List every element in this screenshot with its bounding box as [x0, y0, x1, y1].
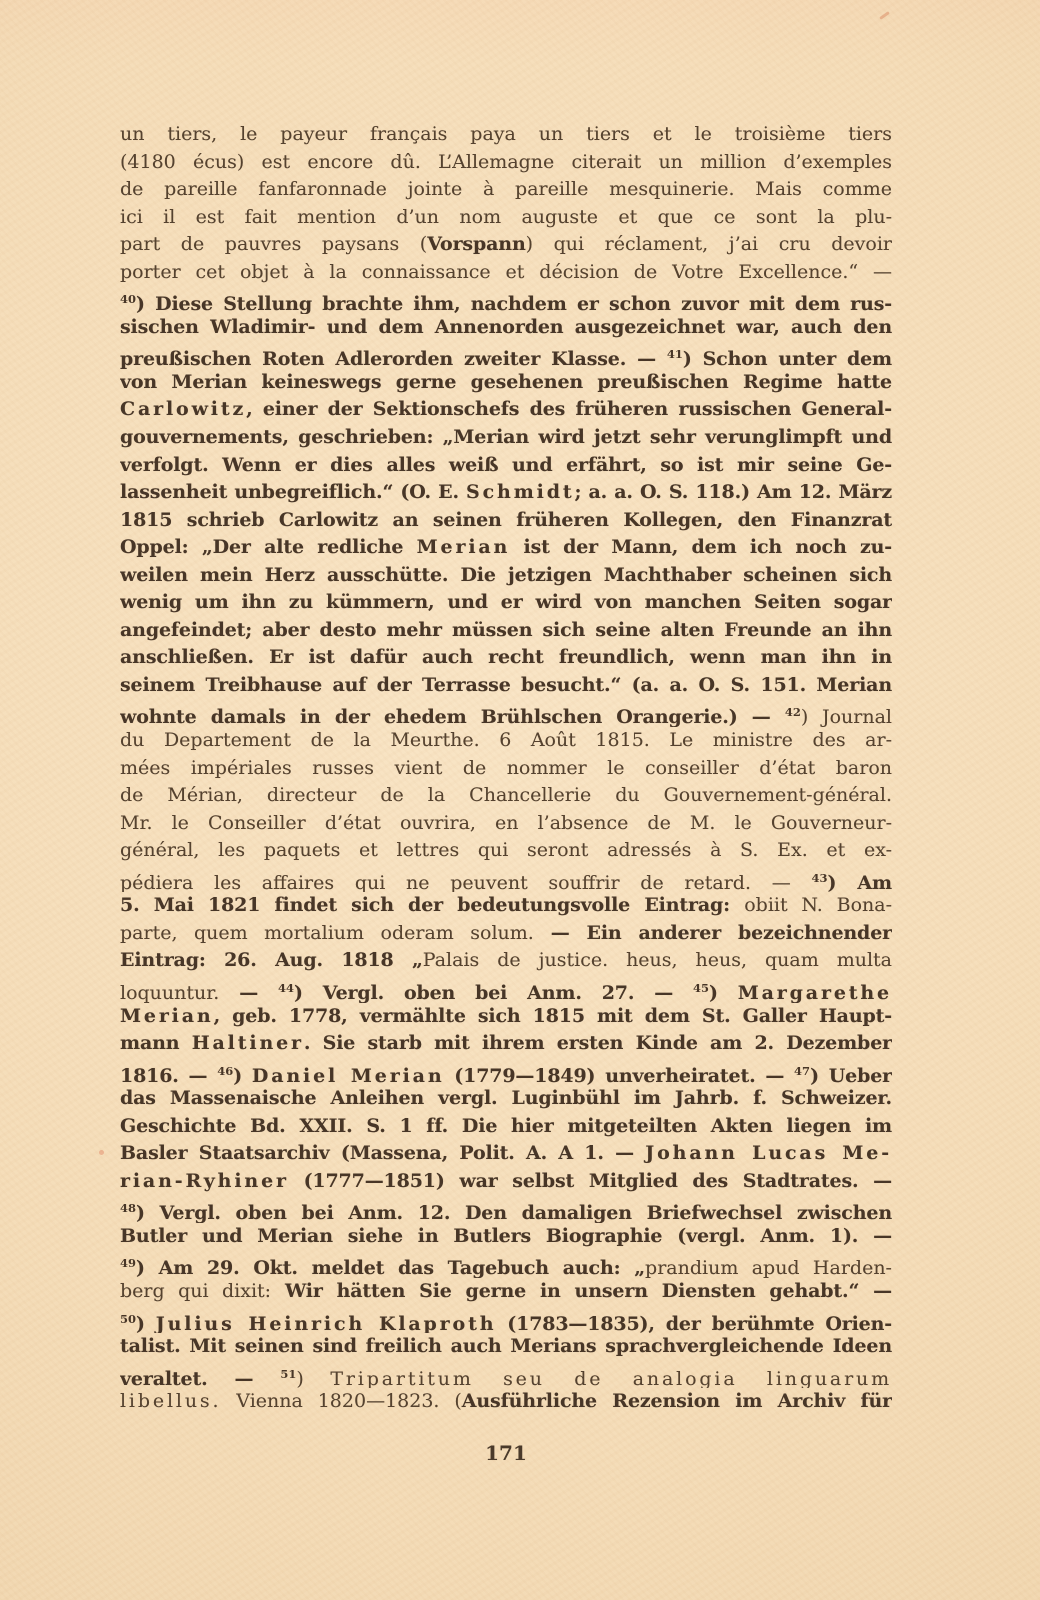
footnote-ref: 44 [278, 981, 294, 995]
text-line-16: Oppel: „Der alte redliche Merian ist der… [120, 534, 892, 562]
text-segment: Vienna 1820—1823. ( [221, 1390, 461, 1412]
text-segment: Ausführliche Rezension im Archiv für [462, 1390, 892, 1412]
text-segment: Oppel: „Der alte redliche [120, 536, 417, 558]
text-segment: part de pauvres paysans ( [120, 233, 427, 255]
text-line-14: lassenheit unbegreiflich.“ (O. E. Schmid… [120, 479, 892, 507]
footnote-ref: 51 [280, 1367, 296, 1381]
text-segment: Daniel Merian [252, 1065, 445, 1086]
text-segment: Carlowitz [120, 398, 246, 420]
text-line-11: Carlowitz, einer der Sektionschefs des f… [120, 396, 892, 424]
text-segment: loquuntur. [120, 982, 219, 1003]
text-segment: ) Journal [801, 706, 892, 727]
text-segment: un tiers, le payeur français paya un tie… [120, 123, 892, 145]
text-segment: ) Diese Stellung brachte ihm, nachdem er… [136, 293, 892, 314]
text-segment: Tripartitum seu de analogia linguarum [330, 1368, 892, 1389]
text-segment: ) Am 29. Okt. meldet das Tagebuch auch: … [136, 1257, 645, 1278]
paper-fiber [879, 11, 890, 20]
text-line-47: libellus. Vienna 1820—1823. (Ausführlich… [120, 1388, 892, 1416]
text-line-12: gouvernements, geschrieben: „Merian wird… [120, 424, 892, 452]
text-segment: Wir hätten Sie gerne in unsern Diensten … [271, 1280, 892, 1302]
text-line-3: de pareille fanfaronnade jointe à pareil… [120, 176, 892, 204]
text-segment: mann [120, 1032, 192, 1054]
text-line-5: part de pauvres paysans (Vorspann) qui r… [120, 231, 892, 259]
text-line-37: Geschichte Bd. XXII. S. 1 ff. Die hier m… [120, 1113, 892, 1141]
text-segment: — [219, 982, 278, 1003]
text-segment: Mr. le Conseiller d’état ouvrira, en l’a… [120, 812, 892, 834]
text-line-4: ici il est fait mention d’un nom auguste… [120, 204, 892, 232]
text-line-8: sischen Wladimir- und dem Annenorden aus… [120, 314, 892, 342]
text-line-35: 1816. — 46) Daniel Merian (1779—1849) un… [120, 1058, 892, 1086]
text-line-15: 1815 schrieb Carlowitz an seinen frühere… [120, 507, 892, 535]
text-segment: angefeindet; aber desto mehr müssen sich… [120, 619, 892, 641]
text-segment: seinem Treibhause auf der Terrasse besuc… [120, 674, 892, 696]
text-segment: , geb. 1778, vermählte sich 1815 mit dem… [214, 1005, 892, 1027]
text-segment: Butler und Merian siehe in Butlers Biogr… [120, 1225, 892, 1247]
text-segment: (1779—1849) unverheiratet. — [445, 1065, 795, 1086]
text-line-33: Merian, geb. 1778, vermählte sich 1815 m… [120, 1003, 892, 1031]
text-segment: ) Am [827, 872, 892, 893]
text-segment: talist. Mit seinen sind freilich auch Me… [120, 1335, 892, 1361]
text-segment: de Mérian, directeur de la Chancellerie … [120, 784, 892, 806]
text-line-25: de Mérian, directeur de la Chancellerie … [120, 782, 892, 810]
text-line-1: un tiers, le payeur français paya un tie… [120, 121, 892, 149]
text-segment: obiit N. Bona- [744, 894, 892, 916]
text-segment: sischen Wladimir- und dem Annenorden aus… [120, 316, 892, 338]
text-segment: Merian [120, 1005, 214, 1027]
text-segment: Haltiner [192, 1032, 304, 1054]
text-segment: ) Ueber [810, 1065, 892, 1086]
text-line-36: das Massenaische Anleihen vergl. Luginbü… [120, 1085, 892, 1113]
text-line-13: verfolgt. Wenn er dies alles weiß und er… [120, 452, 892, 480]
scanned-book-page: { "page": { "number": "171" }, "colors":… [0, 0, 1040, 1600]
text-segment: ist der Mann, dem ich noch zu- [510, 536, 892, 558]
footnote-ref: 47 [794, 1064, 810, 1078]
page-number: 171 [120, 1441, 892, 1465]
text-line-2: (4180 écus) est encore dû. L’Allemagne c… [120, 149, 892, 177]
footnote-ref: 50 [120, 1312, 136, 1326]
text-segment: . Sie starb mit ihrem ersten Kinde am 2.… [304, 1032, 892, 1054]
text-segment: de pareille fanfaronnade jointe à pareil… [120, 178, 892, 200]
text-segment: libellus. [120, 1390, 221, 1412]
text-line-32: loquuntur. — 44) Vergl. oben bei Anm. 27… [120, 975, 892, 1003]
text-segment: weilen mein Herz ausschütte. Die jetzige… [120, 564, 892, 586]
text-segment: (1777—1851) war selbst Mitglied des Stad… [289, 1170, 892, 1192]
text-segment: berg qui dixit: [120, 1280, 271, 1302]
text-segment: von Merian keineswegs gerne gesehenen pr… [120, 371, 892, 393]
text-segment: ) qui réclament, j’ai cru devoir [526, 233, 892, 255]
text-line-30: parte, quem mortalium oderam solum. — Ei… [120, 920, 892, 948]
text-segment: veraltet. — [120, 1368, 280, 1389]
footnote-ref: 46 [217, 1064, 233, 1078]
text-line-40: 48) Vergl. oben bei Anm. 12. Den damalig… [120, 1195, 892, 1223]
text-segment: preußischen Roten Adlerorden zweiter Kla… [120, 348, 667, 369]
text-segment: général, les paquets et lettres qui sero… [120, 839, 892, 861]
text-line-19: angefeindet; aber desto mehr müssen sich… [120, 617, 892, 645]
text-segment: gouvernements, geschrieben: „Merian wird… [120, 426, 892, 448]
text-segment: 1815 schrieb Carlowitz an seinen frühere… [120, 509, 892, 531]
text-line-6: porter cet objet à la connaissance et dé… [120, 259, 892, 287]
text-segment: 5. Mai 1821 findet sich der bedeutungsvo… [120, 894, 744, 916]
text-line-43: berg qui dixit: Wir hätten Sie gerne in … [120, 1278, 892, 1306]
footnote-ref: 41 [667, 347, 683, 361]
text-segment: Eintrag: 26. Aug. 1818 „ [120, 949, 423, 971]
text-segment: Merian [417, 536, 511, 558]
text-line-38: Basler Staatsarchiv (Massena, Polit. A. … [120, 1140, 892, 1168]
footnote-ref: 45 [693, 981, 709, 995]
text-segment: wohnte damals in der ehedem Brühlschen O… [120, 706, 785, 727]
text-line-44: 50) Julius Heinrich Klaproth (1783—1835)… [120, 1306, 892, 1334]
text-line-39: rian-Ryhiner (1777—1851) war selbst Mitg… [120, 1168, 892, 1196]
text-line-31: Eintrag: 26. Aug. 1818 „Palais de justic… [120, 947, 892, 975]
text-line-23: du Departement de la Meurthe. 6 Août 181… [120, 727, 892, 755]
text-segment: — Ein anderer bezeichnender [534, 922, 892, 944]
text-segment: Margarethe [738, 982, 892, 1003]
text-line-34: mann Haltiner. Sie starb mit ihrem erste… [120, 1030, 892, 1058]
footnote-ref: 48 [120, 1201, 136, 1215]
text-segment: (4180 écus) est encore dû. L’Allemagne c… [120, 151, 892, 173]
text-segment: ) [136, 1313, 156, 1334]
text-line-24: mées impériales russes vient de nommer l… [120, 755, 892, 783]
text-segment: ) [709, 982, 738, 1003]
footnote-ref: 40 [120, 292, 136, 306]
text-line-41: Butler und Merian siehe in Butlers Biogr… [120, 1223, 892, 1251]
text-line-45: talist. Mit seinen sind freilich auch Me… [120, 1333, 892, 1361]
text-segment: ) [296, 1368, 330, 1389]
text-segment: (1783—1835), der berühmte Orien- [496, 1313, 892, 1334]
text-segment: 1816. — [120, 1065, 217, 1086]
text-line-21: seinem Treibhause auf der Terrasse besuc… [120, 672, 892, 700]
text-segment: Julius Heinrich Klaproth [156, 1313, 497, 1334]
text-segment: lassenheit unbegreiflich.“ (O. E. [120, 481, 466, 503]
text-segment: du Departement de la Meurthe. 6 Août 181… [120, 729, 892, 751]
text-segment: verfolgt. Wenn er dies alles weiß und er… [120, 454, 892, 476]
footnote-ref: 49 [120, 1256, 136, 1270]
text-segment: ) [233, 1065, 252, 1086]
text-segment: Palais de justice. heus, heus, quam mult… [423, 949, 892, 971]
text-segment: Vorspann [427, 233, 525, 255]
text-segment: porter cet objet à la connaissance et dé… [120, 261, 892, 283]
text-segment: , einer der Sektionschefs des früheren r… [246, 398, 892, 420]
text-line-9: preußischen Roten Adlerorden zweiter Kla… [120, 341, 892, 369]
text-line-28: pédiera les affaires qui ne peuvent souf… [120, 865, 892, 893]
text-line-22: wohnte damals in der ehedem Brühlschen O… [120, 699, 892, 727]
footnote-ref: 43 [811, 871, 827, 885]
text-segment: Basler Staatsarchiv (Massena, Polit. A. … [120, 1142, 645, 1164]
text-line-7: 40) Diese Stellung brachte ihm, nachdem … [120, 286, 892, 314]
text-line-27: général, les paquets et lettres qui sero… [120, 837, 892, 865]
text-segment: ) Vergl. oben bei Anm. 27. — [294, 982, 693, 1003]
text-segment: rian-Ryhiner [120, 1170, 289, 1192]
text-line-46: veraltet. — 51) Tripartitum seu de analo… [120, 1361, 892, 1389]
text-segment: anschließen. Er ist dafür auch recht fre… [120, 646, 892, 668]
text-line-18: wenig um ihn zu kümmern, und er wird von… [120, 589, 892, 617]
text-line-29: 5. Mai 1821 findet sich der bedeutungsvo… [120, 892, 892, 920]
text-segment: ; a. a. O. S. 118.) Am 12. März [574, 481, 892, 503]
text-segment: mées impériales russes vient de nommer l… [120, 757, 892, 779]
text-line-20: anschließen. Er ist dafür auch recht fre… [120, 644, 892, 672]
footnote-ref: 42 [785, 705, 801, 719]
text-segment: Johann Lucas Me- [645, 1142, 892, 1164]
text-line-26: Mr. le Conseiller d’état ouvrira, en l’a… [120, 810, 892, 838]
text-segment: ici il est fait mention d’un nom auguste… [120, 206, 892, 228]
text-line-10: von Merian keineswegs gerne gesehenen pr… [120, 369, 892, 397]
text-segment: Geschichte Bd. XXII. S. 1 ff. Die hier m… [120, 1115, 892, 1137]
paper-speck [99, 1150, 104, 1155]
text-segment: wenig um ihn zu kümmern, und er wird von… [120, 591, 892, 613]
text-line-17: weilen mein Herz ausschütte. Die jetzige… [120, 562, 892, 590]
text-line-42: 49) Am 29. Okt. meldet das Tagebuch auch… [120, 1250, 892, 1278]
text-segment: prandium apud Harden- [645, 1257, 892, 1278]
text-segment: das Massenaische Anleihen vergl. Luginbü… [120, 1087, 892, 1109]
text-segment: ) Schon unter dem [683, 348, 892, 369]
text-segment: ) Vergl. oben bei Anm. 12. Den damaligen… [136, 1202, 892, 1223]
text-block: un tiers, le payeur français paya un tie… [120, 121, 892, 1416]
text-segment: parte, quem mortalium oderam solum. [120, 922, 534, 944]
text-segment: Schmidt [466, 481, 574, 503]
text-segment: pédiera les affaires qui ne peuvent souf… [120, 872, 811, 893]
